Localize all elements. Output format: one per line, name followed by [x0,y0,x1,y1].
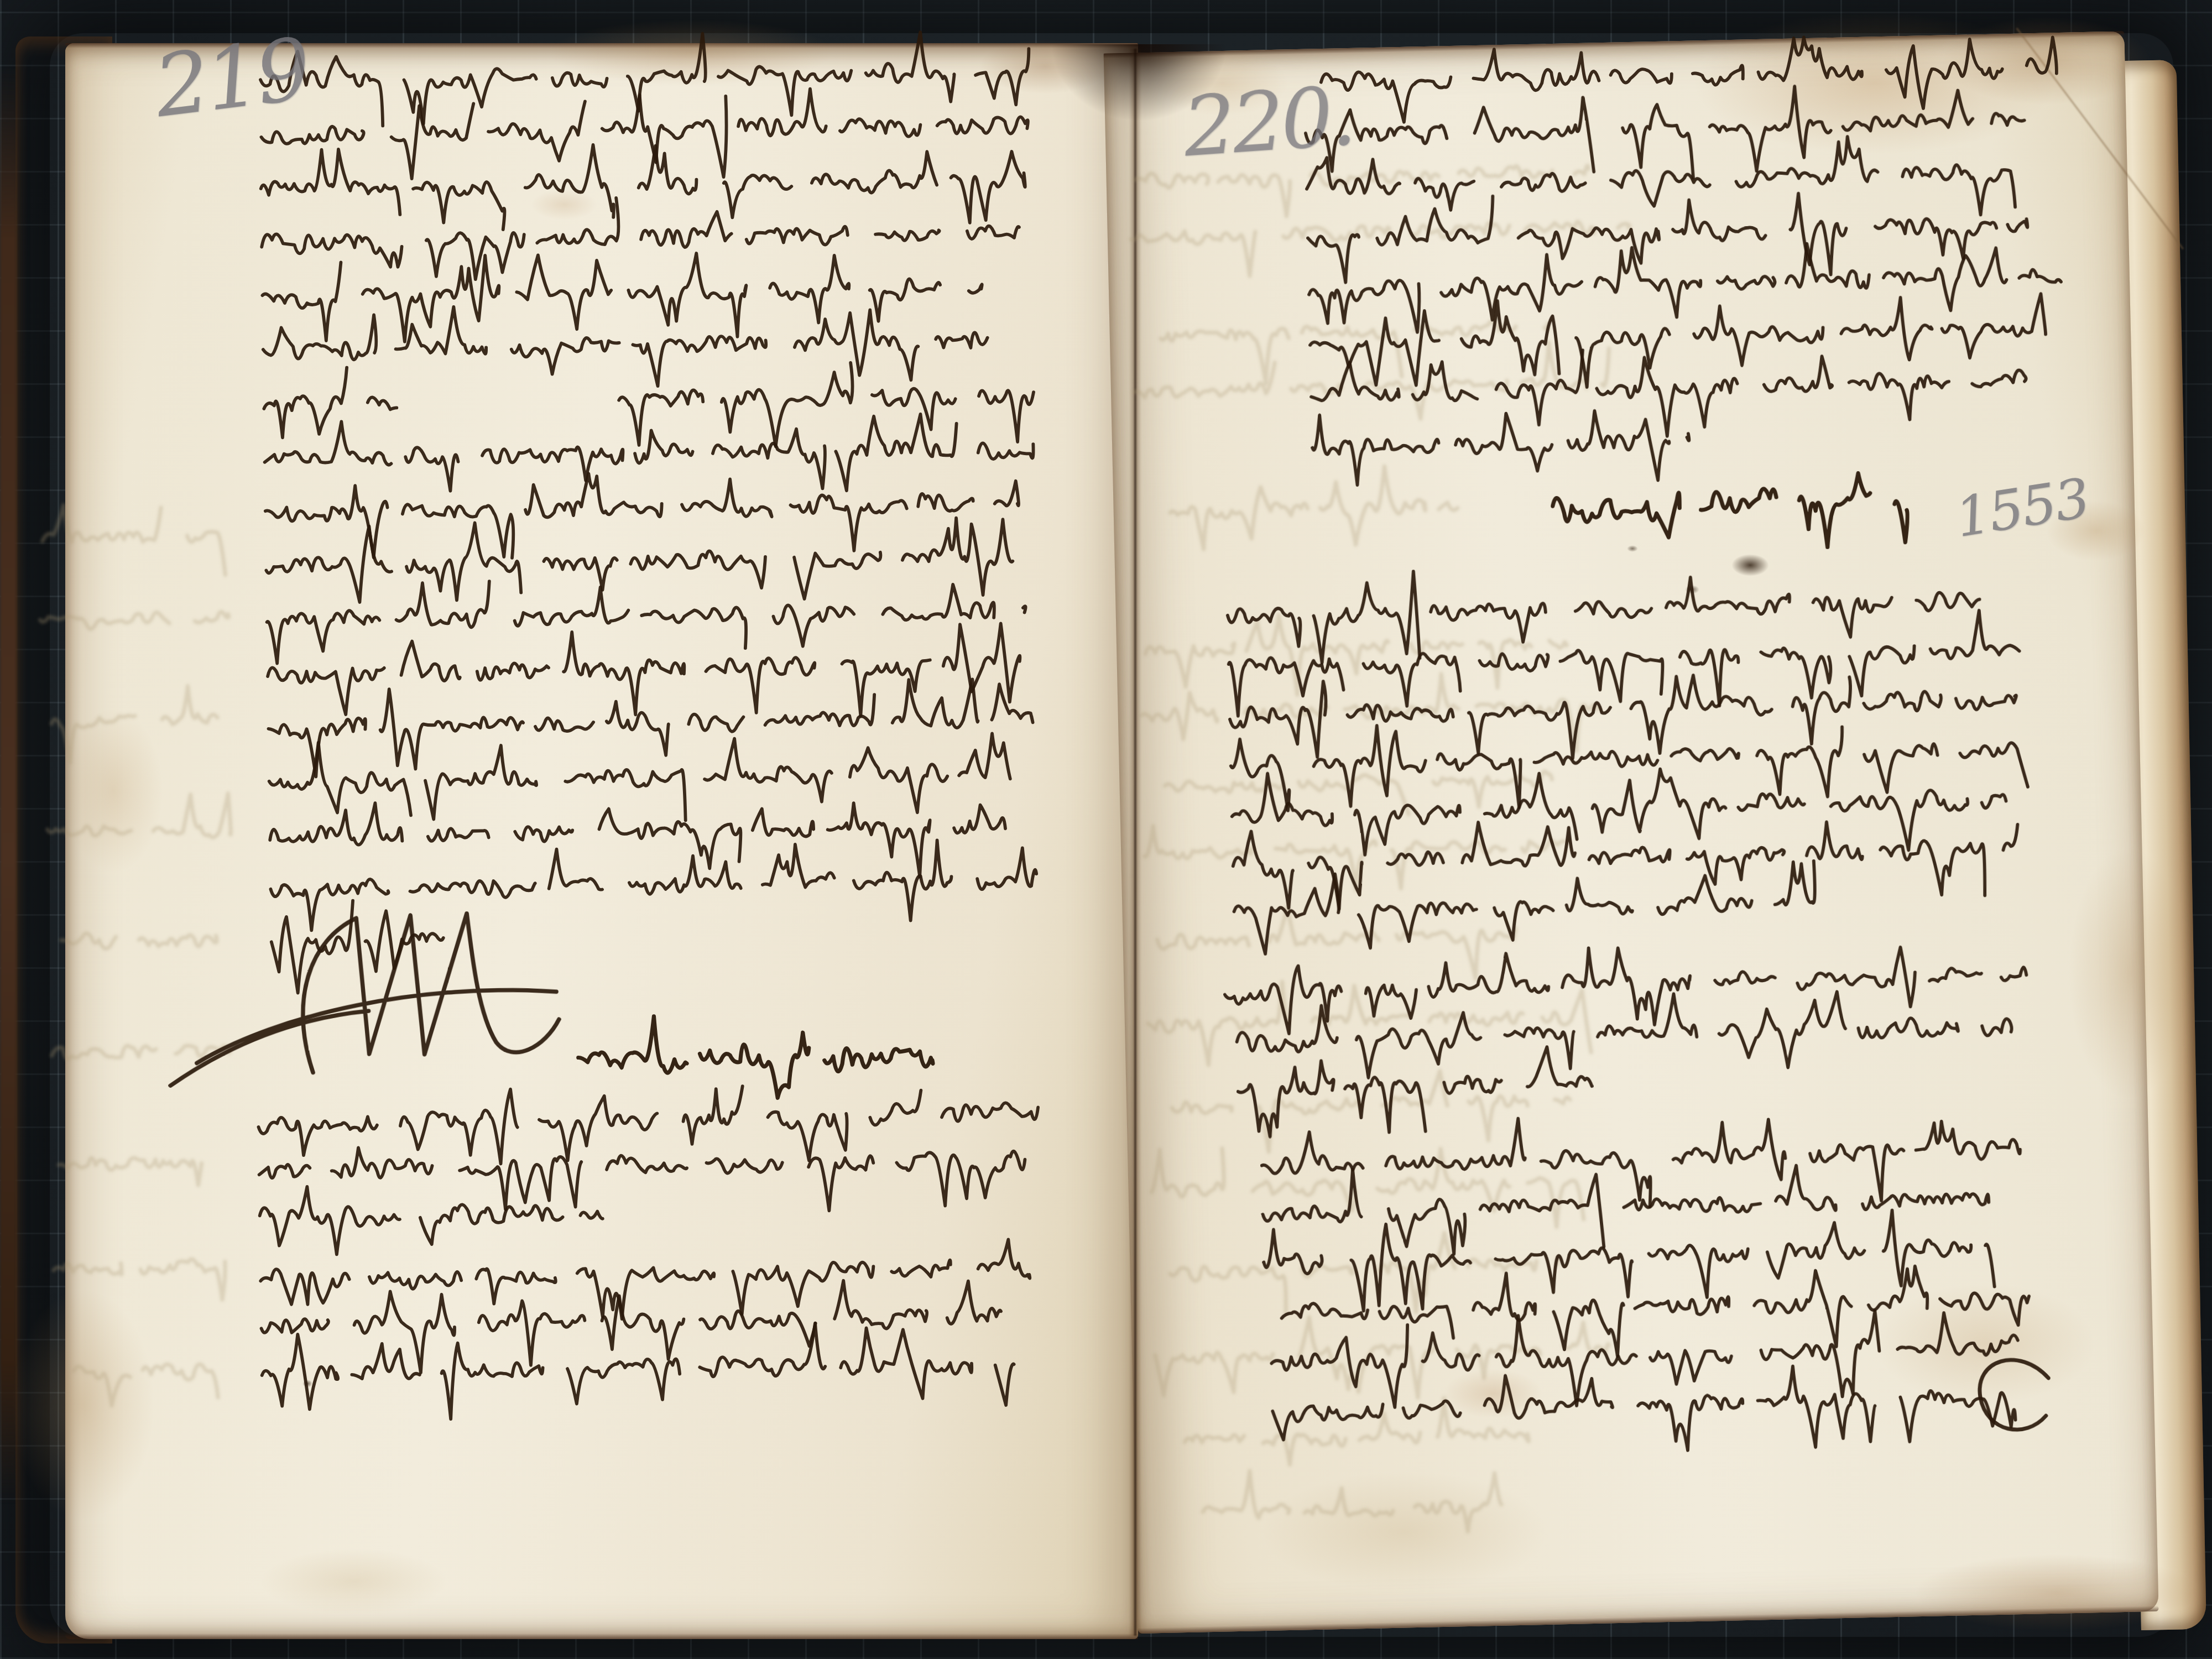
bleed-through-right [1129,163,1658,1538]
manuscript-photo: 219 220. 1553 [0,0,2212,1659]
bleed-through-left [39,503,240,1406]
handwriting-left-page [156,29,1048,1423]
page-number-left: 219 [149,20,313,137]
handwriting-right-page [1204,32,2086,1460]
handwriting-layer [0,0,2212,1659]
page-number-right: 220. [1180,69,1355,175]
